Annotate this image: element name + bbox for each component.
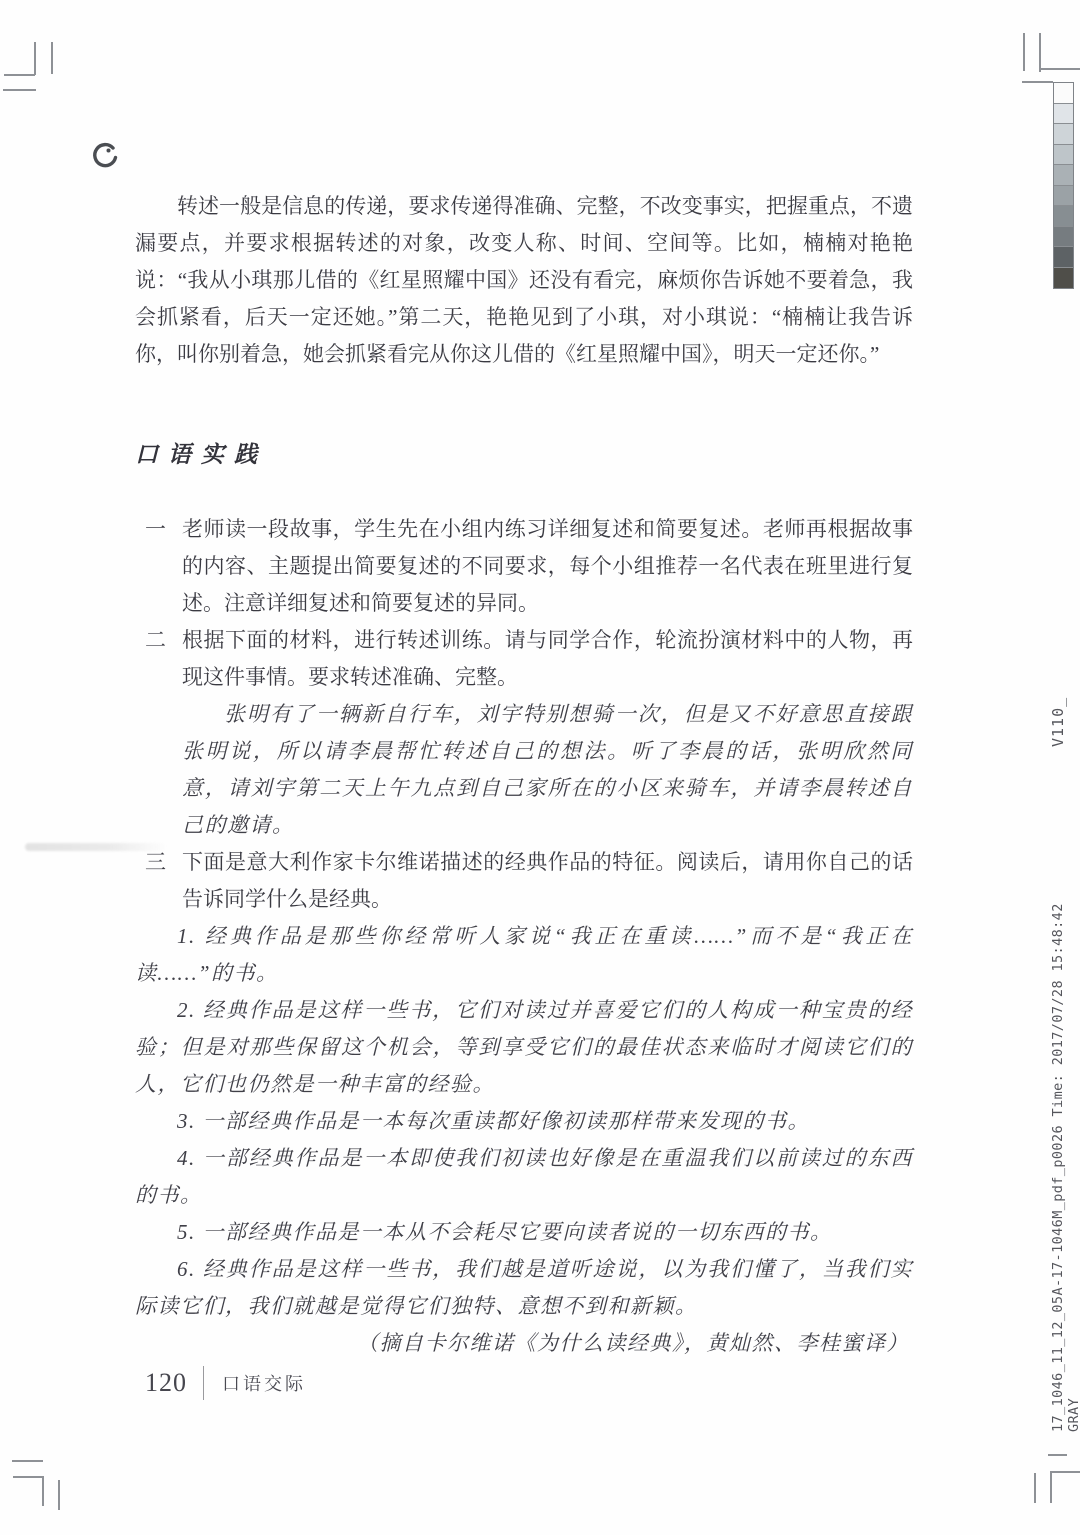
grayscale-wedge: [1053, 82, 1074, 289]
crop-mark: [12, 1460, 43, 1462]
crop-mark: [1041, 68, 1080, 70]
exercise-item-3: 三 下面是意大利作家卡尔维诺描述的经典作品的特征。阅读后，请用你自己的话告诉同学…: [135, 844, 913, 1362]
grayscale-step: [1054, 206, 1073, 227]
exercise-item-1: 一 老师读一段故事，学生先在小组内练习详细复述和简要复述。老师再根据故事的内容、…: [135, 511, 913, 622]
crop-mark: [4, 74, 35, 76]
crop-mark: [1050, 1471, 1052, 1503]
crop-mark: [3, 89, 36, 91]
exercise-list: 一 老师读一段故事，学生先在小组内练习详细复述和简要复述。老师再根据故事的内容、…: [135, 511, 913, 1362]
crop-mark: [13, 1476, 44, 1478]
grayscale-step: [1054, 227, 1073, 248]
intro-paragraph: 转述一般是信息的传递，要求传递得准确、完整，不改变事实，把握重点，不遗漏要点，并…: [135, 188, 913, 373]
exercise-number: 二: [135, 622, 182, 696]
crop-mark: [51, 42, 53, 74]
classic-feature-4: 4. 一部经典作品是一本即使我们初读也好像是在重温我们以前读过的东西的书。: [135, 1140, 913, 1214]
crop-mark: [1048, 1454, 1067, 1456]
grayscale-step: [1054, 83, 1073, 104]
publisher-e-logo-icon: [90, 139, 120, 171]
page-footer: 120 口语交际: [145, 1366, 306, 1400]
classic-feature-2: 2. 经典作品是这样一些书，它们对读过并喜爱它们的人构成一种宝贵的经验；但是对那…: [135, 992, 913, 1103]
footer-divider: [203, 1366, 204, 1400]
crop-mark: [42, 1476, 44, 1506]
crop-mark: [1034, 1473, 1036, 1503]
page-number: 120: [145, 1368, 187, 1398]
source-attribution: （摘自卡尔维诺《为什么读经典》，黄灿然、李桂蜜译）: [135, 1325, 913, 1362]
exercise-text: 根据下面的材料，进行转述训练。请与同学合作，轮流扮演材料中的人物，再现这件事情。…: [182, 622, 913, 696]
crop-mark: [1050, 1471, 1080, 1473]
crop-mark: [58, 1480, 60, 1510]
chapter-title: 口语交际: [222, 1370, 306, 1396]
grayscale-step: [1054, 145, 1073, 166]
grayscale-step: [1054, 268, 1073, 289]
exercise-number: 一: [135, 511, 182, 622]
exercise-material: 张明有了一辆新自行车，刘宇特别想骑一次，但是又不好意思直接跟张明说，所以请李晨帮…: [182, 696, 913, 844]
crop-mark: [1022, 81, 1053, 83]
exercise-text: 下面是意大利作家卡尔维诺描述的经典作品的特征。阅读后，请用你自己的话告诉同学什么…: [182, 844, 913, 918]
grayscale-step: [1054, 124, 1073, 145]
crop-mark: [1039, 33, 1041, 72]
classic-feature-5: 5. 一部经典作品是一本从不会耗尽它要向读者说的一切东西的书。: [135, 1214, 913, 1251]
crop-mark: [34, 42, 36, 75]
classic-feature-6: 6. 经典作品是这样一些书，我们越是道听途说，以为我们懂了，当我们实际读它们，我…: [135, 1251, 913, 1325]
exercise-text: 老师读一段故事，学生先在小组内练习详细复述和简要复述。老师再根据故事的内容、主题…: [182, 511, 913, 622]
grayscale-step: [1054, 186, 1073, 207]
scan-color-mode: GRAY: [1066, 1398, 1080, 1432]
crop-mark: [1023, 33, 1025, 71]
page-content: 转述一般是信息的传递，要求传递得准确、完整，不改变事实，把握重点，不遗漏要点，并…: [135, 188, 913, 1362]
section-heading: 口语实践: [135, 436, 913, 473]
grayscale-step: [1054, 165, 1073, 186]
grayscale-step: [1054, 104, 1073, 125]
classic-feature-1: 1. 经典作品是那些你经常听人家说“我正在重读……”而不是“我正在读……”的书。: [135, 918, 913, 992]
exercise-number: 三: [135, 844, 182, 918]
classic-feature-3: 3. 一部经典作品是一本每次重读都好像初读那样带来发现的书。: [135, 1103, 913, 1140]
scanned-textbook-page: 转述一般是信息的传递，要求传递得准确、完整，不改变事实，把握重点，不遗漏要点，并…: [0, 0, 1080, 1535]
sidebar-code: V110_: [1049, 697, 1067, 747]
scan-file-info: 17_1046_11_12_05A-17-1046M_pdf_p0026 Tim…: [1050, 903, 1066, 1432]
exercise-item-2: 二 根据下面的材料，进行转述训练。请与同学合作，轮流扮演材料中的人物，再现这件事…: [135, 622, 913, 844]
grayscale-step: [1054, 247, 1073, 268]
